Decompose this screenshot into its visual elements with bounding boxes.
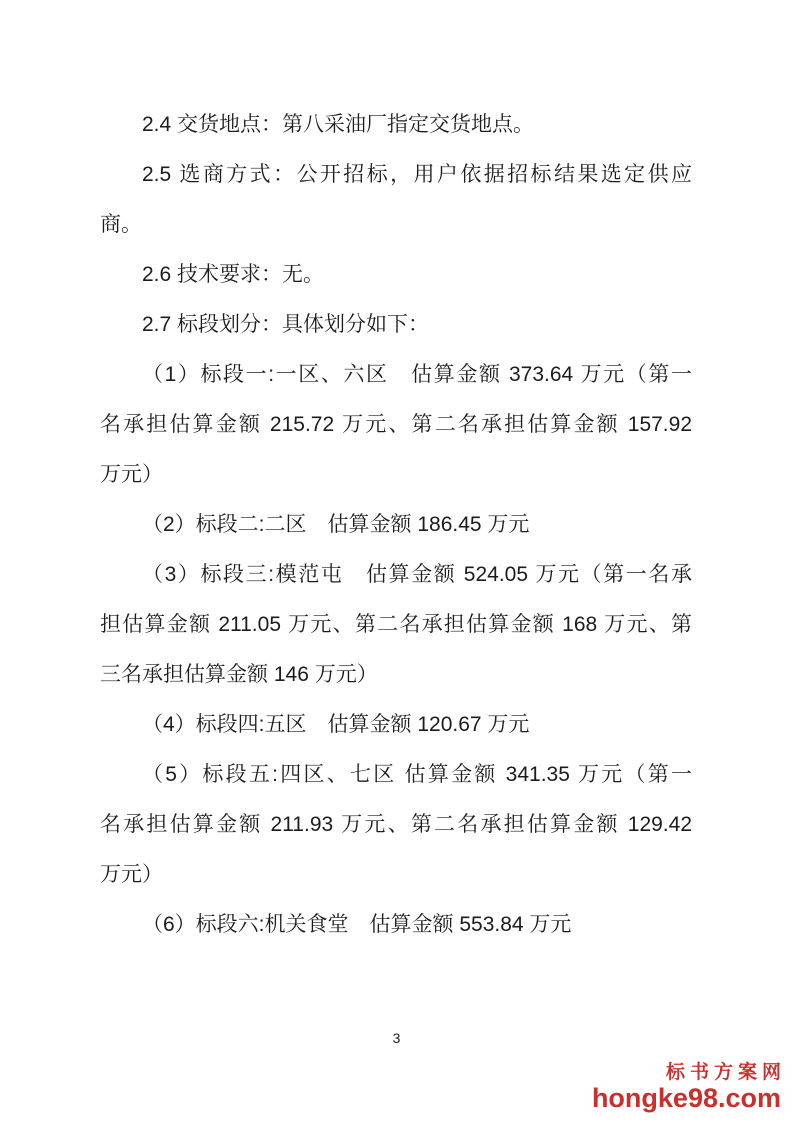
text-line: （5）标段五:四区、七区 估算金额 341.35 万元（第一	[100, 750, 692, 800]
watermark-logo: 标书方案网 hongke98.com	[592, 1063, 781, 1114]
text-line: 三名承担估算金额 146 万元）	[100, 650, 692, 700]
watermark-site-name: 标书方案网	[592, 1063, 786, 1084]
document-body: 2.4 交货地点：第八采油厂指定交货地点。2.5 选商方式：公开招标，用户依据招…	[100, 100, 692, 950]
text-line: （4）标段四:五区 估算金额 120.67 万元	[100, 700, 692, 750]
text-line: 商。	[100, 200, 692, 250]
text-line: 2.7 标段划分：具体划分如下：	[100, 300, 692, 350]
text-line: 万元）	[100, 450, 692, 500]
text-line: （1）标段一:一区、六区 估算金额 373.64 万元（第一	[100, 350, 692, 400]
page-number: 3	[0, 1030, 793, 1046]
text-line: （3）标段三:模范屯 估算金额 524.05 万元（第一名承	[100, 550, 692, 600]
text-line: 2.5 选商方式：公开招标，用户依据招标结果选定供应	[100, 150, 692, 200]
text-line: （2）标段二:二区 估算金额 186.45 万元	[100, 500, 692, 550]
text-line: 名承担估算金额 215.72 万元、第二名承担估算金额 157.92	[100, 400, 692, 450]
watermark-site-url: hongke98.com	[592, 1084, 781, 1114]
document-page: 2.4 交货地点：第八采油厂指定交货地点。2.5 选商方式：公开招标，用户依据招…	[0, 0, 793, 1122]
text-line: 2.6 技术要求：无。	[100, 250, 692, 300]
text-line: 名承担估算金额 211.93 万元、第二名承担估算金额 129.42	[100, 800, 692, 850]
text-line: 担估算金额 211.05 万元、第二名承担估算金额 168 万元、第	[100, 600, 692, 650]
text-line: 2.4 交货地点：第八采油厂指定交货地点。	[100, 100, 692, 150]
text-line: 万元）	[100, 850, 692, 900]
text-line: （6）标段六:机关食堂 估算金额 553.84 万元	[100, 900, 692, 950]
